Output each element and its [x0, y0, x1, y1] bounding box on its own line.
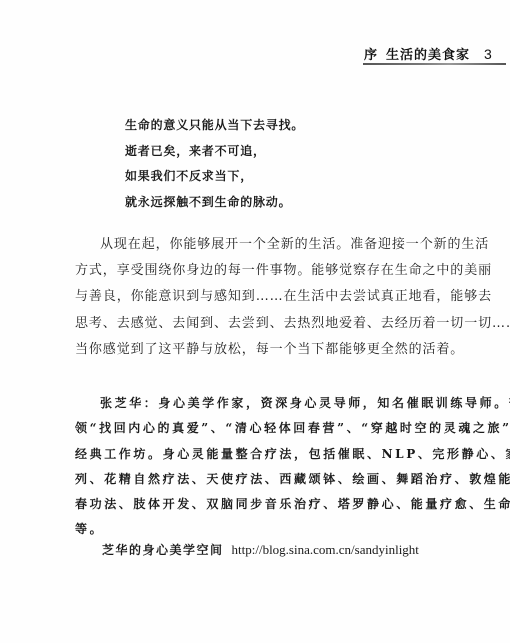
poem-line: 逝者已矣，来者不可追， [125, 142, 304, 168]
running-head: 序生活的美食家3 [364, 44, 506, 63]
paragraph-line: 与善良，你能意识到与感知到……在生活中去尝试真正地看，能够去 [75, 287, 447, 313]
poem-line: 如果我们不反求当下， [125, 167, 304, 193]
paragraph-line: 方式，享受围绕你身边的每一件事物。能够觉察存在生命之中的美丽 [75, 261, 447, 287]
page-number: 3 [484, 46, 493, 62]
author-bio: 张芝华：身心美学作家，资深身心灵导师，知名催眠训练导师。带 领“找回内心的真爱”… [75, 393, 447, 545]
bio-line: 张芝华：身心美学作家，资深身心灵导师，知名催眠训练导师。带 [75, 393, 447, 418]
paragraph-line: 从现在起，你能够展开一个全新的生活。准备迎接一个新的生活 [75, 235, 447, 261]
paragraph-line: 思考、去感觉、去闻到、去尝到、去热烈地爱着、去经历着一切一切…… [75, 314, 447, 340]
bio-line: 领“找回内心的真爱”、“清心轻体回春营”、“穿越时空的灵魂之旅”等 [75, 418, 447, 443]
chapter-title: 生活的美食家 [386, 48, 470, 63]
body-paragraph: 从现在起，你能够展开一个全新的生活。准备迎接一个新的生活 方式，享受围绕你身边的… [75, 235, 447, 366]
blog-label: 芝华的身心美学空间 [102, 543, 224, 557]
book-page: 序生活的美食家3 生命的意义只能从当下去寻找。 逝者已矣，来者不可追， 如果我们… [0, 0, 510, 643]
bio-line: 列、花精自然疗法、天使疗法、西藏颂钵、绘画、舞蹈治疗、敦煌能量回 [75, 469, 447, 494]
poem-line: 就永远探触不到生命的脉动。 [125, 193, 304, 219]
blog-line: 芝华的身心美学空间http://blog.sina.com.cn/sandyin… [102, 541, 419, 558]
blog-url: http://blog.sina.com.cn/sandyinlight [232, 542, 419, 557]
epigraph-poem: 生命的意义只能从当下去寻找。 逝者已矣，来者不可追， 如果我们不反求当下， 就永… [125, 116, 304, 218]
poem-line: 生命的意义只能从当下去寻找。 [125, 116, 304, 142]
paragraph-line: 当你感觉到了这平静与放松，每一个当下都能够更全然的活着。 [75, 340, 447, 366]
bio-line: 经典工作坊。身心灵能量整合疗法，包括催眠、NLP、完形静心、家族排 [75, 444, 447, 469]
header-rule [363, 63, 506, 65]
bio-line: 春功法、肢体开发、双脑同步音乐治疗、塔罗静心、能量疗愈、生命数字 [75, 494, 447, 519]
section-label: 序 [364, 48, 378, 63]
